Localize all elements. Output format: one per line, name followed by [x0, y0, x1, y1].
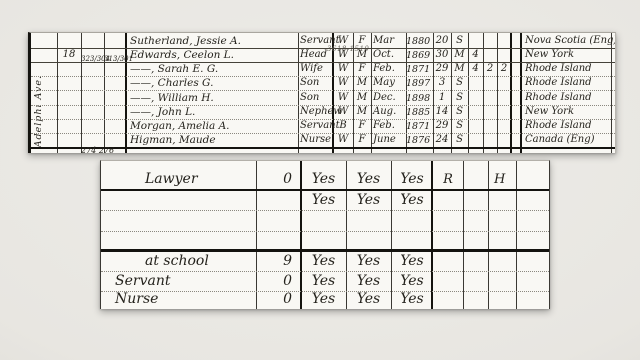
- marital-cell: M: [451, 64, 468, 76]
- sex-cell: F: [353, 135, 371, 147]
- occupation-cell: at school: [101, 254, 256, 271]
- speaks-english-cell: Yes: [391, 193, 433, 210]
- age-cell: 14: [433, 107, 451, 119]
- birth-year-cell: 1871: [406, 122, 433, 134]
- birth-month-cell: Mar: [371, 36, 406, 48]
- census-row: ——, Charles G. Son W M May 1897 3 S Rhod…: [31, 76, 615, 91]
- birth-year-cell: 1869: [406, 51, 433, 63]
- name-cell: ——, John L.: [126, 107, 298, 120]
- name-cell: Edwards, Ceelon L.: [126, 50, 298, 63]
- name-cell: ——, Sarah E. G.: [126, 64, 298, 77]
- can-read-cell: Yes: [301, 292, 346, 309]
- birth-year-cell: 1898: [406, 94, 433, 106]
- marital-cell: S: [451, 78, 468, 90]
- name-cell: ——, William H.: [126, 93, 298, 106]
- color-cell: W: [333, 107, 353, 119]
- census-row: ——, William H. Son W M Dec. 1898 1 S Rho…: [31, 90, 615, 106]
- birthplace-cell: New York: [521, 107, 615, 119]
- census-sheet-upper: Adelphi Ave. 3618 1510 Sutherland, Jessi…: [28, 32, 616, 153]
- age-cell: 3: [433, 78, 451, 90]
- months-cell: 0: [256, 292, 301, 309]
- marital-cell: S: [451, 135, 468, 147]
- can-read-cell: Yes: [301, 172, 346, 189]
- age-cell: 24: [433, 135, 451, 147]
- children-living-cell: 2: [497, 64, 511, 76]
- can-write-cell: Yes: [346, 193, 391, 210]
- marital-cell: S: [451, 93, 468, 105]
- color-cell: W: [333, 50, 353, 62]
- farm-or-house-cell: H: [488, 173, 516, 189]
- months-cell: 0: [256, 172, 301, 189]
- color-cell: B: [333, 121, 353, 133]
- birth-month-cell: Oct.: [371, 50, 406, 62]
- birthplace-cell: New York: [521, 50, 615, 62]
- census-row: Nurse 0 Yes Yes Yes: [101, 291, 549, 309]
- sex-cell: M: [353, 107, 371, 119]
- birthplace-cell: Nova Scotia (Eng): [521, 36, 616, 48]
- sex-cell: M: [353, 78, 371, 90]
- speaks-english-cell: Yes: [391, 172, 433, 189]
- relation-cell: Nurse: [298, 135, 333, 147]
- months-cell: 0: [256, 274, 301, 291]
- birth-year-cell: 1885: [406, 108, 433, 120]
- census-row-blank: [101, 210, 549, 232]
- census-row: Morgan, Amelia A. Servant B F Feb. 1871 …: [31, 119, 615, 134]
- census-row: Sutherland, Jessie A. Servant W F Mar 18…: [31, 33, 615, 49]
- age-cell: 29: [433, 64, 451, 76]
- can-read-cell: Yes: [301, 274, 346, 291]
- birthplace-cell: Rhode Island: [521, 121, 615, 133]
- home-owned-rented-cell: R: [433, 173, 463, 189]
- marital-cell: M: [451, 50, 468, 62]
- birth-month-cell: Dec.: [371, 93, 406, 105]
- color-cell: W: [333, 64, 353, 76]
- age-cell: 29: [433, 121, 451, 133]
- years-married-cell: 4: [468, 64, 483, 76]
- months-cell: 9: [256, 254, 301, 271]
- sex-cell: F: [353, 36, 371, 48]
- color-cell: W: [333, 135, 353, 147]
- can-write-cell: Yes: [346, 254, 391, 271]
- age-cell: 20: [433, 36, 451, 48]
- marital-cell: S: [451, 36, 468, 48]
- birth-year-cell: 1876: [406, 136, 433, 148]
- census-row: ——, John L. Nephew W M Aug. 1885 14 S Ne…: [31, 105, 615, 120]
- birth-month-cell: Aug.: [371, 107, 406, 119]
- relation-cell: Son: [298, 93, 333, 105]
- speaks-english-cell: Yes: [391, 254, 433, 271]
- birth-month-cell: Feb.: [371, 121, 406, 133]
- birth-year-cell: 1871: [406, 65, 433, 77]
- sex-cell: M: [353, 93, 371, 105]
- marital-cell: S: [451, 121, 468, 133]
- census-sheet-lower: Lawyer 0 Yes Yes Yes R H Yes Yes Yes at …: [100, 160, 550, 309]
- name-cell: Morgan, Amelia A.: [126, 121, 298, 134]
- occupation-cell: Servant: [101, 274, 256, 291]
- relation-cell: Son: [298, 78, 333, 90]
- house-number-cell: 18: [57, 50, 81, 62]
- can-read-cell: Yes: [301, 254, 346, 271]
- census-row: Lawyer 0 Yes Yes Yes R H: [101, 167, 549, 191]
- marital-cell: S: [451, 107, 468, 119]
- can-write-cell: Yes: [346, 292, 391, 309]
- birth-month-cell: May: [371, 78, 406, 90]
- occupation-cell: Lawyer: [101, 172, 256, 189]
- age-cell: 1: [433, 93, 451, 105]
- can-write-cell: Yes: [346, 172, 391, 189]
- relation-cell: Servant: [298, 121, 333, 133]
- next-dwelling-numbers-cell: 274 276: [81, 147, 104, 153]
- speaks-english-cell: Yes: [391, 274, 433, 291]
- children-born-cell: 2: [483, 64, 497, 76]
- birth-month-cell: Feb.: [371, 64, 406, 76]
- birth-month-cell: June: [371, 135, 406, 147]
- relation-cell: Wife: [298, 64, 333, 76]
- relation-cell: Head: [298, 50, 333, 62]
- can-write-cell: Yes: [346, 274, 391, 291]
- name-cell: Higman, Maude: [126, 135, 298, 148]
- birth-year-cell: 1880: [406, 37, 433, 49]
- relation-cell: Servant: [298, 36, 333, 48]
- name-cell: ——, Charles G.: [126, 78, 298, 91]
- birthplace-cell: Rhode Island: [521, 78, 615, 90]
- census-row: 18 323/304 313/301 Edwards, Ceelon L. He…: [31, 48, 615, 63]
- census-row-partial: 274 276: [31, 147, 615, 153]
- census-row: ——, Sarah E. G. Wife W F Feb. 1871 29 M …: [31, 62, 615, 77]
- sex-cell: F: [353, 64, 371, 76]
- census-row: Yes Yes Yes: [101, 189, 549, 211]
- name-cell: Sutherland, Jessie A.: [126, 36, 298, 49]
- birthplace-cell: Rhode Island: [521, 64, 615, 76]
- birthplace-cell: Rhode Island: [521, 93, 615, 105]
- census-row: at school 9 Yes Yes Yes: [101, 249, 549, 272]
- birth-year-cell: 1897: [406, 79, 433, 91]
- birthplace-cell: Canada (Eng): [521, 135, 615, 147]
- census-row: Servant 0 Yes Yes Yes: [101, 271, 549, 292]
- sex-cell: M: [353, 50, 371, 62]
- color-cell: W: [333, 36, 353, 48]
- years-married-cell: 4: [468, 50, 483, 62]
- speaks-english-cell: Yes: [391, 292, 433, 309]
- occupation-cell: Nurse: [101, 292, 256, 309]
- age-cell: 30: [433, 50, 451, 62]
- relation-cell: Nephew: [298, 107, 333, 119]
- sex-cell: F: [353, 121, 371, 133]
- can-read-cell: Yes: [301, 193, 346, 210]
- color-cell: W: [333, 93, 353, 105]
- color-cell: W: [333, 78, 353, 90]
